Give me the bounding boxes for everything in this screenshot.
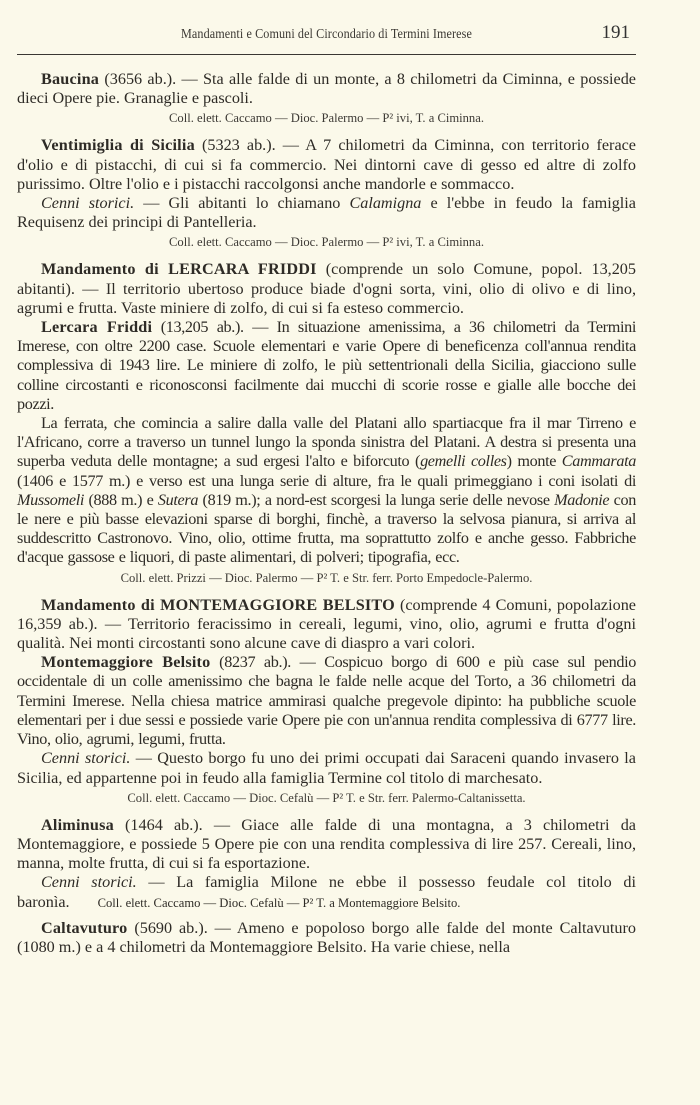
entry-lercara-ferrata: La ferrata, che comincia a salire dalla … bbox=[17, 414, 636, 568]
cenni-storici: Cenni storici. — Questo borgo fu uno dei… bbox=[17, 749, 636, 787]
place-name: Aliminusa bbox=[41, 816, 114, 834]
place-name: Ventimiglia di Sicilia bbox=[41, 136, 195, 154]
entry-text: (888 m.) e bbox=[84, 491, 158, 509]
body-text: Baucina (3656 ab.). — Sta alle falde di … bbox=[17, 70, 636, 957]
place-name: Lercara Friddi bbox=[41, 318, 152, 336]
cenni-label: Cenni storici. bbox=[41, 749, 130, 767]
italic-term: Calamigna bbox=[349, 194, 421, 212]
italic-term: Madonie bbox=[554, 491, 609, 509]
collegio-note: Coll. elett. Caccamo — Dioc. Palermo — P… bbox=[17, 234, 636, 250]
running-head: Mandamenti e Comuni del Circondario di T… bbox=[17, 22, 636, 52]
page-number: 191 bbox=[602, 22, 631, 44]
mandamento-montemaggiore: Mandamento di MONTEMAGGIORE BELSITO (com… bbox=[17, 596, 636, 654]
cenni-storici: Cenni storici. — Gli abitanti lo chiaman… bbox=[17, 194, 636, 232]
header-rule bbox=[17, 54, 636, 55]
book-page: Mandamenti e Comuni del Circondario di T… bbox=[0, 0, 700, 1105]
mandamento-name: LERCARA FRIDDI bbox=[168, 260, 317, 278]
place-name: Caltavuturo bbox=[41, 919, 127, 937]
collegio-note: Coll. elett. Caccamo — Dioc. Palermo — P… bbox=[17, 110, 636, 126]
mandamento-prefix: Mandamento di bbox=[41, 596, 160, 614]
collegio-note: Coll. elett. Caccamo — Dioc. Cefalù — P²… bbox=[98, 896, 461, 910]
place-name: Baucina bbox=[41, 70, 99, 88]
entry-text: (819 m.); a nord-est scorgesi la lunga s… bbox=[198, 491, 554, 509]
mandamento-name: MONTEMAGGIORE BELSITO bbox=[160, 596, 395, 614]
entry-caltavuturo: Caltavuturo (5690 ab.). — Ameno e popolo… bbox=[17, 919, 636, 957]
cenni-label: Cenni storici. bbox=[41, 194, 134, 212]
entry-text: (3656 ab.). — Sta alle falde di un monte… bbox=[17, 70, 636, 107]
entry-ventimiglia: Ventimiglia di Sicilia (5323 ab.). — A 7… bbox=[17, 136, 636, 194]
entry-text: (1406 e 1577 m.) e verso est una lunga s… bbox=[17, 472, 636, 490]
running-title: Mandamenti e Comuni del Circondario di T… bbox=[48, 26, 605, 42]
italic-term: gemelli colles bbox=[420, 452, 507, 470]
italic-term: Mussomeli bbox=[17, 491, 84, 509]
cenni-text: — Gli abitanti lo chiamano bbox=[134, 194, 349, 212]
entry-text: ) monte bbox=[507, 452, 562, 470]
cenni-storici: Cenni storici. — La famiglia Milone ne e… bbox=[17, 873, 636, 912]
collegio-note: Coll. elett. Prizzi — Dioc. Palermo — P²… bbox=[17, 570, 636, 586]
mandamento-lercara: Mandamento di LERCARA FRIDDI (comprende … bbox=[17, 260, 636, 318]
entry-baucina: Baucina (3656 ab.). — Sta alle falde di … bbox=[17, 70, 636, 108]
entry-montemaggiore: Montemaggiore Belsito (8237 ab.). — Cosp… bbox=[17, 653, 636, 749]
place-name: Montemaggiore Belsito bbox=[41, 653, 210, 671]
italic-term: Sutera bbox=[158, 491, 198, 509]
entry-lercara: Lercara Friddi (13,205 ab.). — In situaz… bbox=[17, 318, 636, 414]
mandamento-prefix: Mandamento di bbox=[41, 260, 168, 278]
cenni-label: Cenni storici. bbox=[41, 873, 137, 891]
entry-aliminusa: Aliminusa (1464 ab.). — Giace alle falde… bbox=[17, 816, 636, 874]
italic-term: Cammarata bbox=[562, 452, 636, 470]
collegio-note: Coll. elett. Caccamo — Dioc. Cefalù — P²… bbox=[17, 790, 636, 806]
